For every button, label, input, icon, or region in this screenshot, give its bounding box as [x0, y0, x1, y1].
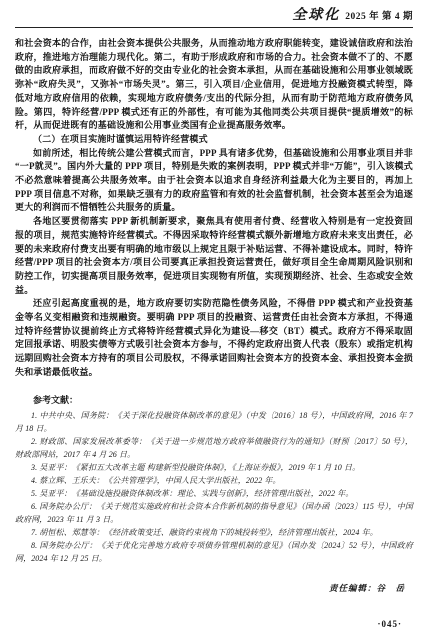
reference-item: 3. 吴亚平：《紧扣五大改革主题 构建新型投融资体制》，《上海证券报》，2019…	[15, 461, 413, 474]
section-heading: （二）在项目实施时谨慎运用特许经营模式	[15, 133, 413, 147]
editor-credit: 责任编辑：谷 岳	[15, 582, 413, 594]
reference-item: 8. 国务院办公厅：《关于优化完善地方政府专项债券管理机制的意见》（国办发〔20…	[15, 539, 413, 565]
journal-title: 全球化	[292, 8, 340, 23]
references-title: 参考文献：	[15, 394, 413, 407]
reference-item: 5. 吴亚平：《基础设施投融资体制改革：理论、实践与创新》，经济管理出版社，20…	[15, 487, 413, 500]
page-number: ·045·	[377, 619, 402, 629]
journal-page: 全球化2025 年 第 4 期 和社会资本的合作，由社会资本提供公共服务，从而推…	[0, 0, 427, 641]
issue-info: 2025 年 第 4 期	[345, 12, 413, 22]
article-body: 和社会资本的合作，由社会资本提供公共服务，从而推动地方政府职能转变，建设诚信政府…	[15, 37, 413, 380]
body-paragraph: 和社会资本的合作，由社会资本提供公共服务，从而推动地方政府职能转变，建设诚信政府…	[15, 37, 413, 133]
body-paragraph: 各地区要贯彻落实 PPP 新机制新要求，聚焦具有使用者付费、经营收入特别是有一定…	[15, 215, 413, 297]
reference-item: 4. 蔡立辉、王乐夫：《公共管理学》，中国人民大学出版社，2022 年。	[15, 474, 413, 487]
reference-item: 2. 财政部、国家发展改革委等：《关于进一步规范地方政府举债融资行为的通知》（财…	[15, 435, 413, 461]
reference-item: 1. 中共中央、国务院：《关于深化投融资体制改革的意见》（中发〔2016〕18 …	[15, 409, 413, 435]
header-divider	[15, 27, 413, 28]
reference-item: 7. 胡恒松、郑慧等：《经济政策变迁、融资约束视角下的城投转型》，经济管理出版社…	[15, 526, 413, 539]
body-paragraph: 还应引起高度重视的是，地方政府要切实防范隐性债务风险，不得借 PPP 模式和产业…	[15, 297, 413, 379]
reference-item: 6. 国务院办公厅：《关于规范实施政府和社会资本合作新机制的指导意见》（国办函〔…	[15, 500, 413, 526]
page-content: 全球化2025 年 第 4 期 和社会资本的合作，由社会资本提供公共服务，从而推…	[15, 8, 413, 594]
body-paragraph: 如前所述，相比传统公建公营模式而言，PPP 具有诸多优势，但基础设施和公用事业项…	[15, 147, 413, 216]
page-header: 全球化2025 年 第 4 期	[15, 8, 413, 24]
references-list: 1. 中共中央、国务院：《关于深化投融资体制改革的意见》（中发〔2016〕18 …	[15, 409, 413, 565]
